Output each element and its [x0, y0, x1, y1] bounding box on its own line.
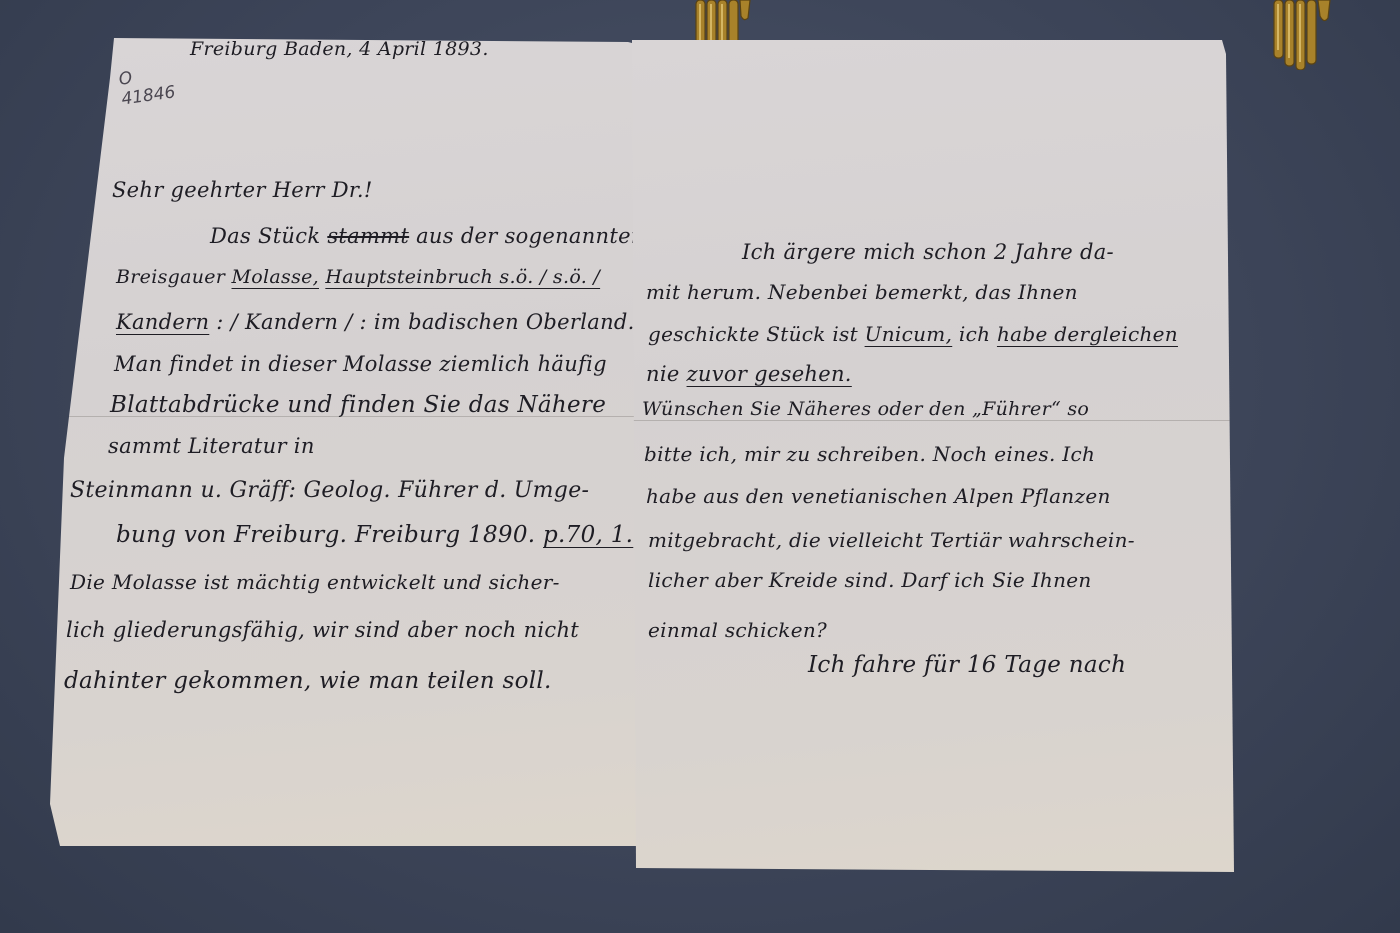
letter-line: bitte ich, mir zu schreiben. Noch eines.… — [644, 442, 1095, 466]
letter-salutation: Sehr geehrter Herr Dr.! — [112, 178, 373, 202]
letter-line: Blattabdrücke und finden Sie das Nähere — [110, 392, 606, 418]
letter-line: Ich ärgere mich schon 2 Jahre da- — [742, 240, 1114, 264]
letter-line: Die Molasse ist mächtig entwickelt und s… — [70, 570, 560, 594]
letter-page-left: O 41846 Freiburg Baden, 4 April 1893. Se… — [50, 38, 636, 846]
catalog-mark: O 41846 — [117, 62, 176, 109]
letter-line: sammt Literatur in — [108, 434, 315, 458]
letter-line: Steinmann u. Gräff: Geolog. Führer d. Um… — [70, 478, 589, 503]
letter-line: Breisgauer Molasse, Hauptsteinbruch s.ö.… — [116, 266, 600, 288]
letter-line: Ich fahre für 16 Tage nach — [808, 652, 1126, 678]
letter-line: lich gliederungsfähig, wir sind aber noc… — [66, 618, 579, 642]
letter-line: habe aus den venetianischen Alpen Pflanz… — [646, 484, 1111, 508]
letter-line: mitgebracht, die vielleicht Tertiär wahr… — [648, 528, 1135, 552]
letter-line: Wünschen Sie Näheres oder den „Führer“ s… — [642, 398, 1089, 420]
letter-line: Das Stück stammt aus der sogenannten — [210, 224, 645, 248]
letter-line: einmal schicken? — [648, 618, 827, 642]
hand-clip-icon — [1270, 0, 1334, 70]
letter-page-right: Ich ärgere mich schon 2 Jahre da- mit he… — [632, 40, 1234, 872]
letter-line: geschickte Stück ist Unicum, ich habe de… — [648, 322, 1178, 346]
letter-line: nie zuvor gesehen. — [646, 362, 852, 386]
letter-line: dahinter gekommen, wie man teilen soll. — [64, 668, 552, 694]
letter-line: licher aber Kreide sind. Darf ich Sie Ih… — [648, 568, 1092, 592]
letter-place-date: Freiburg Baden, 4 April 1893. — [190, 38, 489, 60]
letter-line: bung von Freiburg. Freiburg 1890. p.70, … — [116, 522, 633, 548]
paper-fold-line — [632, 420, 1234, 421]
letter-line: mit herum. Nebenbei bemerkt, das Ihnen — [646, 280, 1078, 304]
brass-hand-clip-right — [1270, 0, 1334, 70]
letter-line: Kandern : / Kandern / : im badischen Obe… — [116, 310, 635, 334]
letter-line: Man findet in dieser Molasse ziemlich hä… — [114, 352, 607, 376]
